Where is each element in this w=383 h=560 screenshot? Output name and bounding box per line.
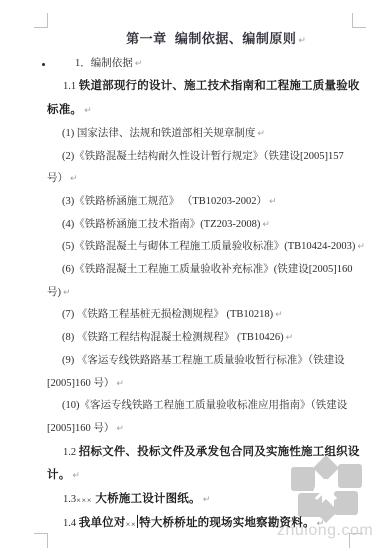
doc-line[interactable]: 1.2 招标文件、投标文件及承发包合同及实施性施工组织设 — [47, 441, 373, 465]
text-segment: 特大桥桥址的现场实地察勘资料。 — [139, 517, 315, 529]
text-segment: (2)《铁路混凝土结构耐久性设计暂行规定》（铁建设[2005]157 — [62, 151, 344, 162]
doc-line[interactable]: (2)《铁路混凝土结构耐久性设计暂行规定》（铁建设[2005]157 — [47, 146, 373, 169]
text-segment: ×× — [126, 519, 137, 529]
text-segment: (3)《铁路桥涵施工规范》 （TB10203-2002） — [62, 196, 267, 207]
doc-line[interactable]: 号）↵ — [47, 168, 373, 191]
text-segment: (9) 《客运专线铁路路基工程施工质量验收暂行标准》（铁建设 — [62, 355, 345, 366]
paragraph-mark-icon: ↵ — [116, 379, 124, 389]
paragraph-mark-icon: ↵ — [84, 106, 92, 116]
doc-line[interactable]: (4)《铁路桥涵施工技术指南》(TZ203-2008)↵ — [47, 214, 373, 237]
doc-line[interactable]: 1.3××× 大桥施工设计图纸。↵ — [47, 488, 373, 512]
paragraph-mark-icon: ↵ — [317, 519, 325, 529]
doc-line[interactable]: 1.4 我单位对××特大桥桥址的现场实地察勘资料。↵ — [47, 512, 373, 536]
paragraph-mark-icon: ↵ — [269, 197, 277, 207]
paragraph-mark-icon: ↵ — [262, 220, 270, 230]
paragraph-mark-icon: ↵ — [203, 495, 211, 505]
doc-line[interactable]: (8) 《铁路工程结构混凝土检测规程》 (TB10426)↵ — [47, 327, 373, 350]
text-segment: (10)《客运专线铁路工程施工质量验收标准应用指南》（铁建设 — [62, 400, 347, 411]
text-segment: (5)《铁路混凝土与砌体工程施工质量验收标准》(TB10424-2003) — [62, 241, 355, 252]
doc-line[interactable]: (1) 国家法律、法规和铁道部相关规章制度↵ — [47, 123, 373, 146]
doc-line[interactable]: (5)《铁路混凝土与砌体工程施工质量验收标准》(TB10424-2003)↵ — [47, 236, 373, 259]
doc-line[interactable]: 1.1 铁道部现行的设计、施工技术指南和工程施工质量验收 — [47, 75, 373, 99]
doc-line[interactable]: [2005]160 号）↵ — [47, 418, 373, 441]
doc-line[interactable]: (9) 《客运专线铁路路基工程施工质量验收暂行标准》（铁建设 — [47, 350, 373, 373]
text-segment: 1.4 — [63, 518, 79, 529]
document-body: 第一章 编制依据、编制原则↵1．编制依据↵1.1 铁道部现行的设计、施工技术指南… — [47, 28, 373, 535]
paragraph-mark-icon: ↵ — [286, 333, 294, 343]
outline-bullet-icon — [42, 63, 45, 66]
paragraph-mark-icon: ↵ — [63, 288, 71, 298]
text-segment: 1.3 — [63, 494, 76, 505]
text-boundary-mark-top-right — [352, 13, 366, 28]
text-segment: 招标文件、投标文件及承发包合同及实施性施工组织设 — [79, 446, 360, 458]
text-segment: (4)《铁路桥涵施工技术指南》(TZ203-2008) — [62, 219, 260, 230]
paragraph-mark-icon: ↵ — [275, 310, 283, 320]
paragraph-mark-icon: ↵ — [257, 129, 265, 139]
doc-line[interactable]: 号)↵ — [47, 282, 373, 305]
doc-line[interactable]: (6)《铁路混凝土工程施工质量验收补充标准》(铁建设[2005]160 — [47, 259, 373, 282]
paragraph-mark-icon: ↵ — [357, 242, 365, 252]
text-segment: 1.2 — [63, 447, 79, 458]
doc-line[interactable]: 标准。↵ — [47, 99, 373, 123]
doc-line[interactable]: 计。↵ — [47, 464, 373, 488]
paragraph-mark-icon: ↵ — [298, 36, 306, 46]
text-segment: [2005]160 号） — [47, 423, 114, 434]
text-segment: 铁道部现行的设计、施工技术指南和工程施工质量验收 — [79, 80, 360, 92]
doc-line[interactable]: [2005]160 号）↵ — [47, 373, 373, 396]
paragraph-mark-icon: ↵ — [72, 471, 80, 481]
text-segment: 第一章 编制依据、编制原则 — [126, 31, 296, 46]
text-boundary-mark-top-left — [34, 13, 48, 28]
text-segment: 1．编制依据 — [75, 58, 133, 69]
text-cursor — [137, 515, 138, 528]
text-segment: 号) — [47, 287, 61, 298]
doc-line[interactable]: (3)《铁路桥涵施工规范》 （TB10203-2002）↵ — [47, 191, 373, 214]
doc-line[interactable]: 第一章 编制依据、编制原则↵ — [47, 28, 373, 53]
text-segment: (8) 《铁路工程结构混凝土检测规程》 (TB10426) — [62, 332, 284, 343]
paragraph-mark-icon: ↵ — [70, 174, 78, 184]
text-segment: (6)《铁路混凝土工程施工质量验收补充标准》(铁建设[2005]160 — [62, 264, 352, 275]
doc-line[interactable]: 1．编制依据↵ — [47, 53, 373, 76]
paragraph-mark-icon: ↵ — [116, 424, 124, 434]
doc-line[interactable]: (7) 《铁路工程基桩无损检测规程》 (TB10218)↵ — [47, 304, 373, 327]
text-segment: ××× — [76, 495, 92, 505]
word-document-page: zhulong.com 第一章 编制依据、编制原则↵1．编制依据↵1.1 铁道部… — [0, 0, 383, 560]
text-segment: (1) 国家法律、法规和铁道部相关规章制度 — [62, 128, 255, 139]
text-segment: (7) 《铁路工程基桩无损检测规程》 (TB10218) — [62, 309, 273, 320]
text-boundary-mark-bottom-left — [34, 533, 48, 548]
text-segment: 我单位对 — [79, 517, 126, 529]
text-segment: [2005]160 号） — [47, 378, 114, 389]
text-segment: 1.1 — [63, 81, 79, 92]
paragraph-mark-icon: ↵ — [135, 59, 143, 69]
text-segment: 大桥施工设计图纸。 — [92, 493, 201, 505]
doc-line[interactable]: (10)《客运专线铁路工程施工质量验收标准应用指南》（铁建设 — [47, 395, 373, 418]
text-segment: 计。 — [47, 469, 70, 481]
text-segment: 号） — [47, 173, 68, 184]
text-segment: 标准。 — [47, 104, 82, 116]
